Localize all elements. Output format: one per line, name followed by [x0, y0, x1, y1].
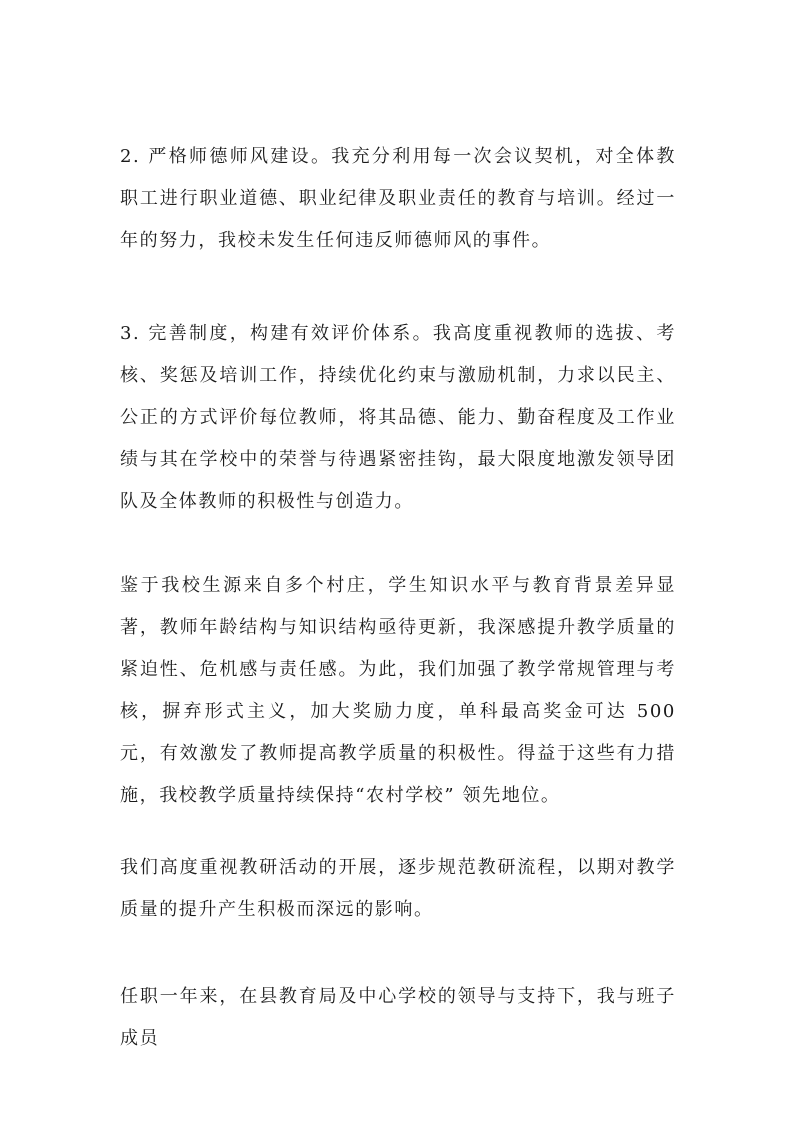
paragraph-teaching-quality: 鉴于我校生源来自多个村庄，学生知识水平与教育背景差异显著，教师年龄结构与知识结构… — [120, 565, 676, 817]
paragraph-teaching-research: 我们高度重视教研活动的开展，逐步规范教研流程，以期对教学质量的提升产生积极而深远… — [120, 847, 676, 931]
paragraph-evaluation-system: 3. 完善制度，构建有效评价体系。我高度重视教师的选拔、考核、奖惩及培训工作，持… — [120, 313, 676, 523]
paragraph-tenure-summary: 任职一年来，在县教育局及中心学校的领导与支持下，我与班子成员 — [120, 976, 676, 1060]
paragraph-teacher-ethics: 2. 严格师德师风建设。我充分利用每一次会议契机，对全体教职工进行职业道德、职业… — [120, 136, 676, 262]
